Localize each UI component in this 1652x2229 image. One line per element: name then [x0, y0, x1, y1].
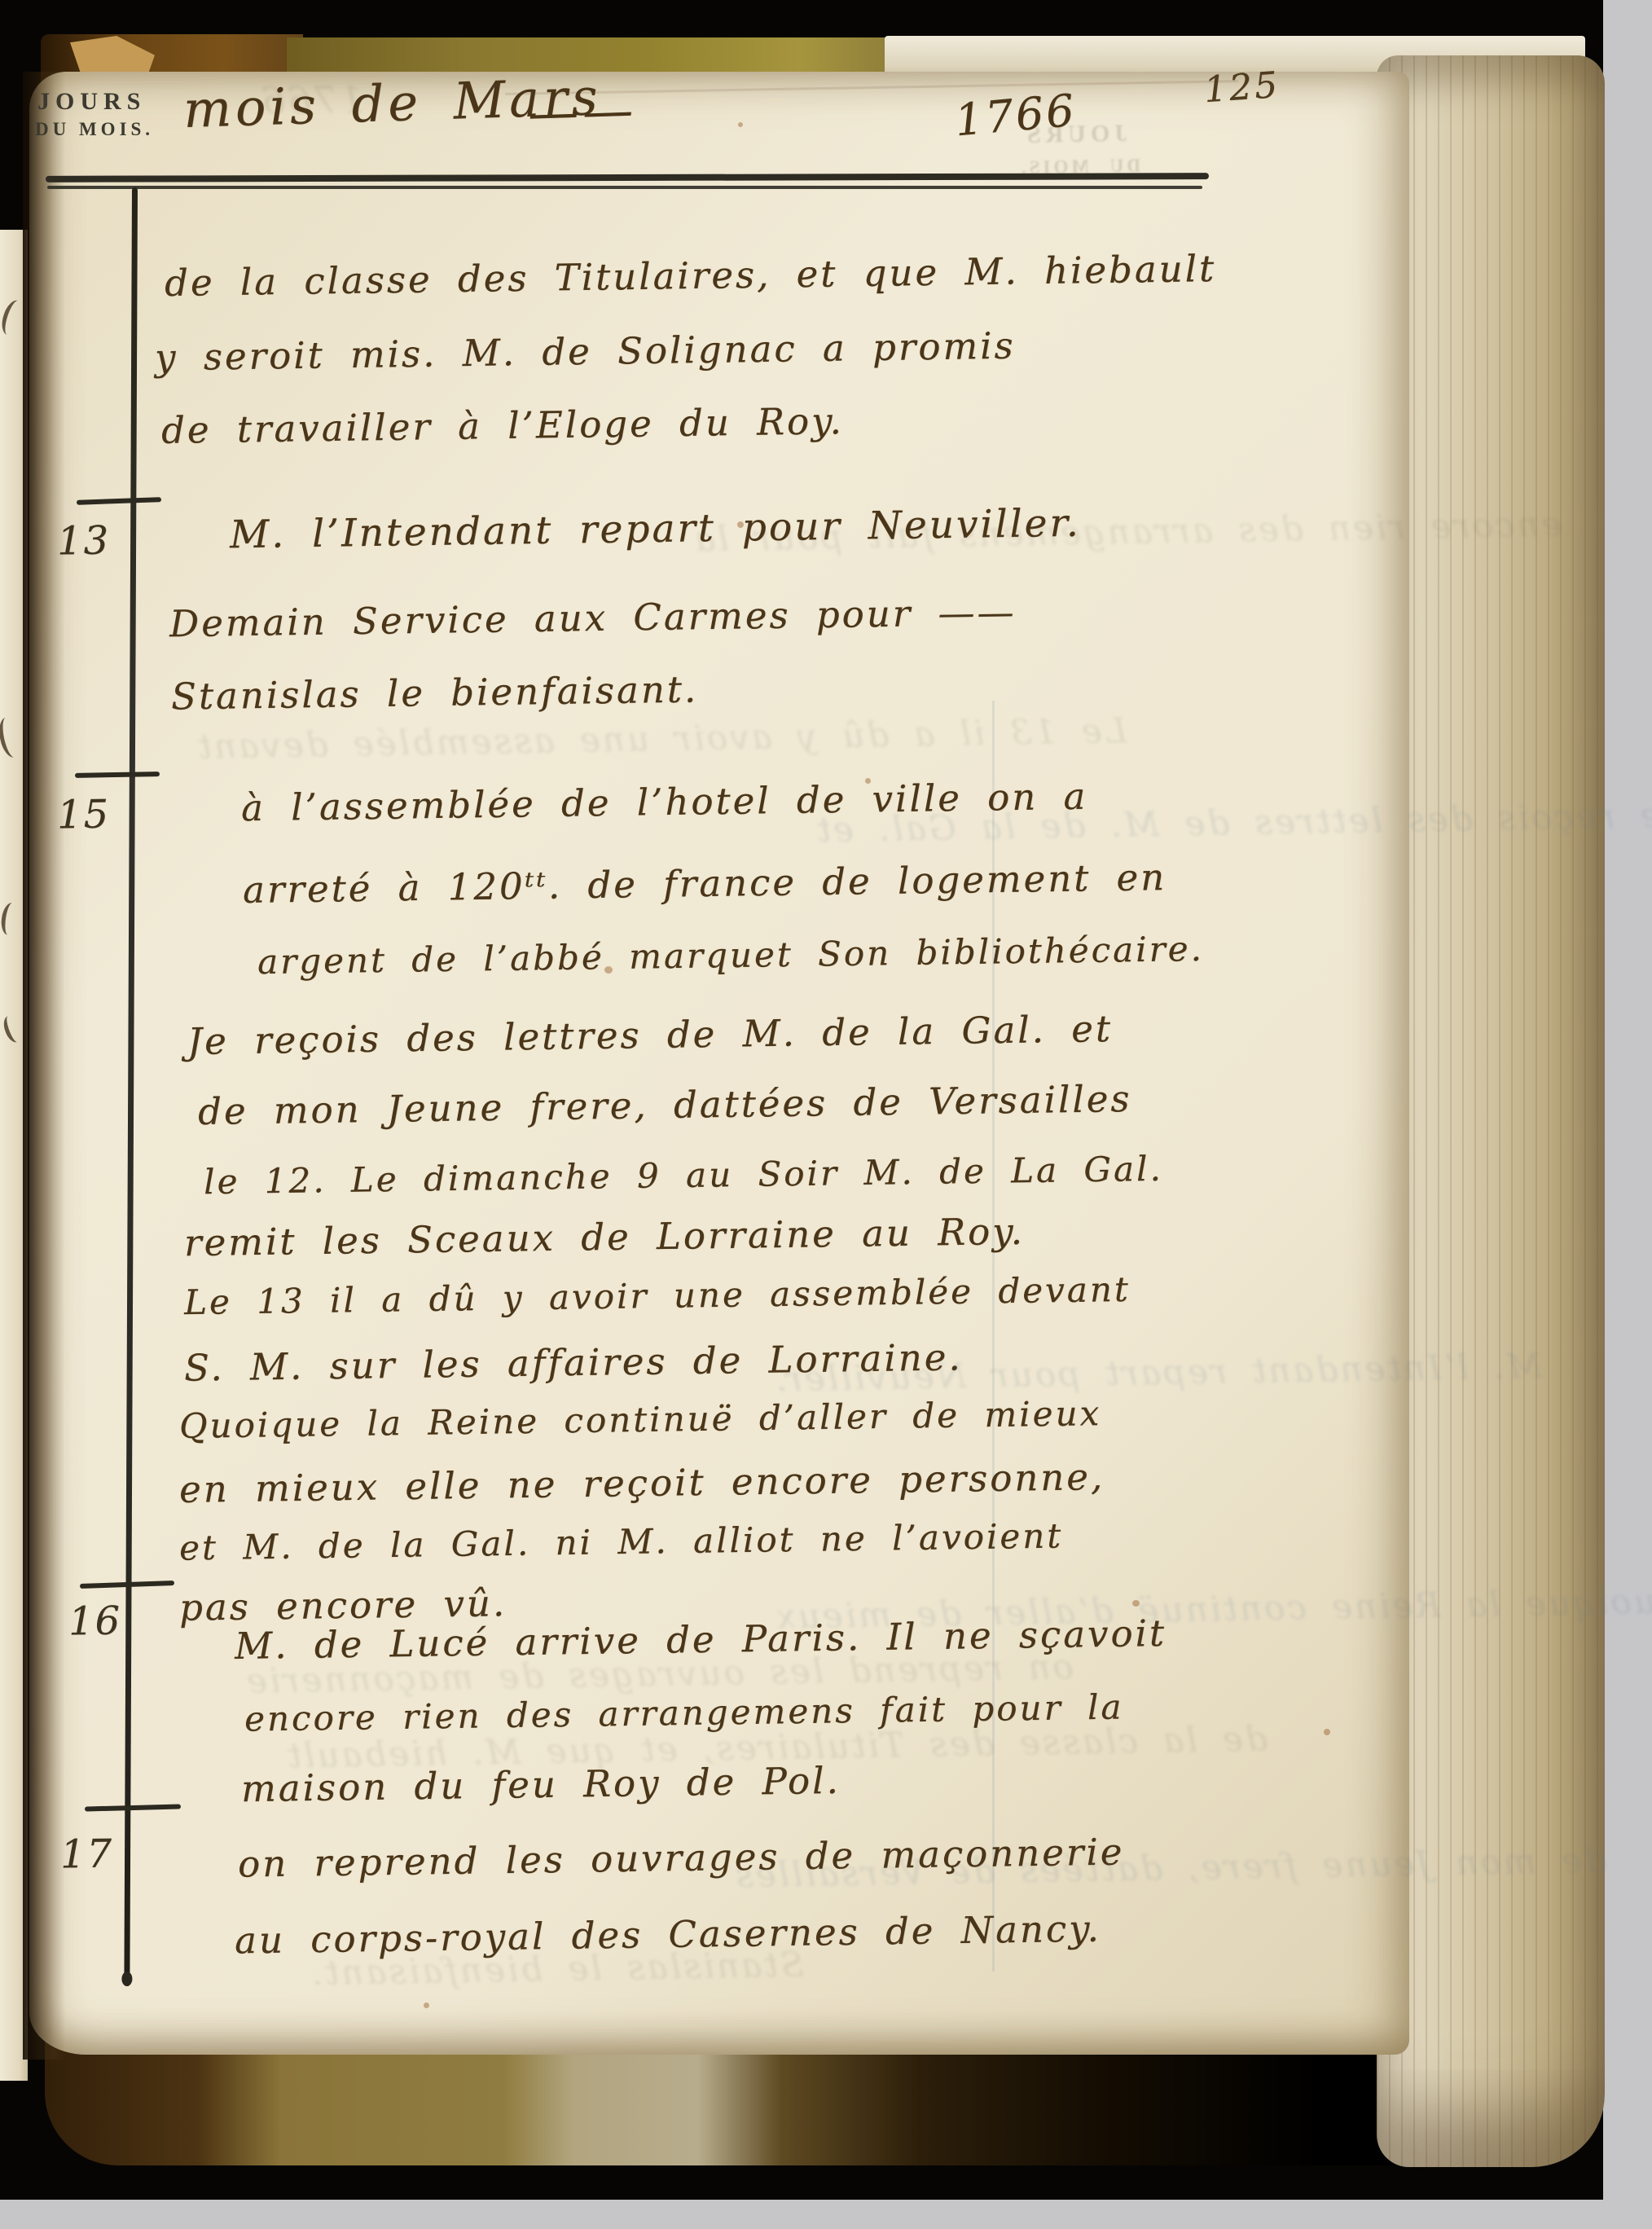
pages-under-bottom-edge	[45, 2042, 1435, 2165]
day-number: 16	[68, 1598, 122, 1645]
day-number: 15	[57, 792, 111, 838]
foxing-spot	[1132, 1600, 1140, 1607]
rubric-du-mois: DU MOIS.	[35, 119, 154, 140]
day-number: 17	[60, 1831, 114, 1878]
year: 1766	[953, 85, 1079, 147]
entry-line: Stanislas le bienfaisant.	[171, 667, 699, 718]
previous-page-sliver	[0, 230, 28, 2081]
title-flourish: ——	[527, 80, 638, 143]
foxing-spot	[424, 2003, 429, 2008]
entry-line: maison du feu Roy de Pol.	[241, 1759, 841, 1810]
header-rule-bottom	[47, 186, 1202, 189]
foxing-spot	[738, 122, 743, 127]
foxing-spot	[604, 966, 613, 974]
rubric-jours: JOURS	[37, 88, 146, 116]
page-number: 125	[1202, 64, 1281, 111]
foxing-spot	[737, 521, 744, 528]
foxing-spot	[1324, 1729, 1330, 1735]
foxing-spot	[865, 778, 871, 784]
day-number: 13	[57, 518, 111, 565]
scanned-journal-page: JOURS DU MOIS. 1766 encore rien des arra…	[0, 0, 1652, 2229]
